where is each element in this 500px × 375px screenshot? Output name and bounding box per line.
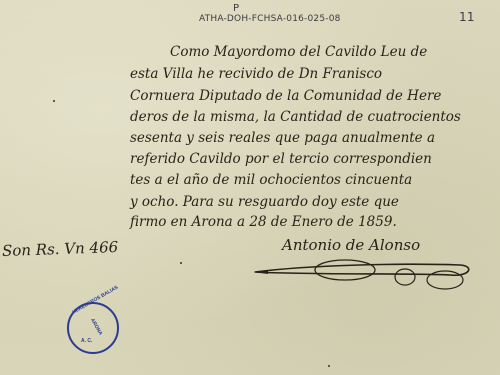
body-line: esta Villa he recivido de Dn Franisco bbox=[130, 66, 382, 82]
signature-flourish-icon bbox=[250, 255, 480, 295]
body-line: y ocho. Para su resguardo doy este que bbox=[130, 194, 399, 210]
reference-code: ATHA-DOH-FCHSA-016-025-08 bbox=[199, 14, 341, 24]
ink-speck bbox=[180, 262, 182, 264]
body-line: Cornuera Diputado de la Comunidad de Her… bbox=[130, 88, 441, 104]
body-line: tes a el año de mil ochocientos cincuent… bbox=[130, 172, 412, 188]
ink-speck bbox=[53, 100, 55, 102]
stamp-bottom-text: A. C. bbox=[81, 338, 92, 344]
body-line: deros de la misma, la Cantidad de cuatro… bbox=[130, 109, 461, 125]
folio-number: 11 bbox=[459, 10, 475, 24]
body-line: firmo en Arona a 28 de Enero de 1859. bbox=[130, 214, 397, 230]
archive-mark: P bbox=[233, 3, 239, 14]
archive-stamp: HEREDEROS BALIAS ARONA A. C. bbox=[67, 302, 119, 354]
stamp-center-text: ARONA bbox=[89, 318, 103, 337]
signature: Antonio de Alonso bbox=[282, 236, 420, 254]
ink-speck bbox=[328, 365, 330, 367]
body-line: Como Mayordomo del Cavildo Leu de bbox=[170, 44, 427, 60]
body-line: sesenta y seis reales que paga anualment… bbox=[130, 130, 435, 146]
body-line: referido Cavildo por el tercio correspon… bbox=[130, 151, 432, 167]
